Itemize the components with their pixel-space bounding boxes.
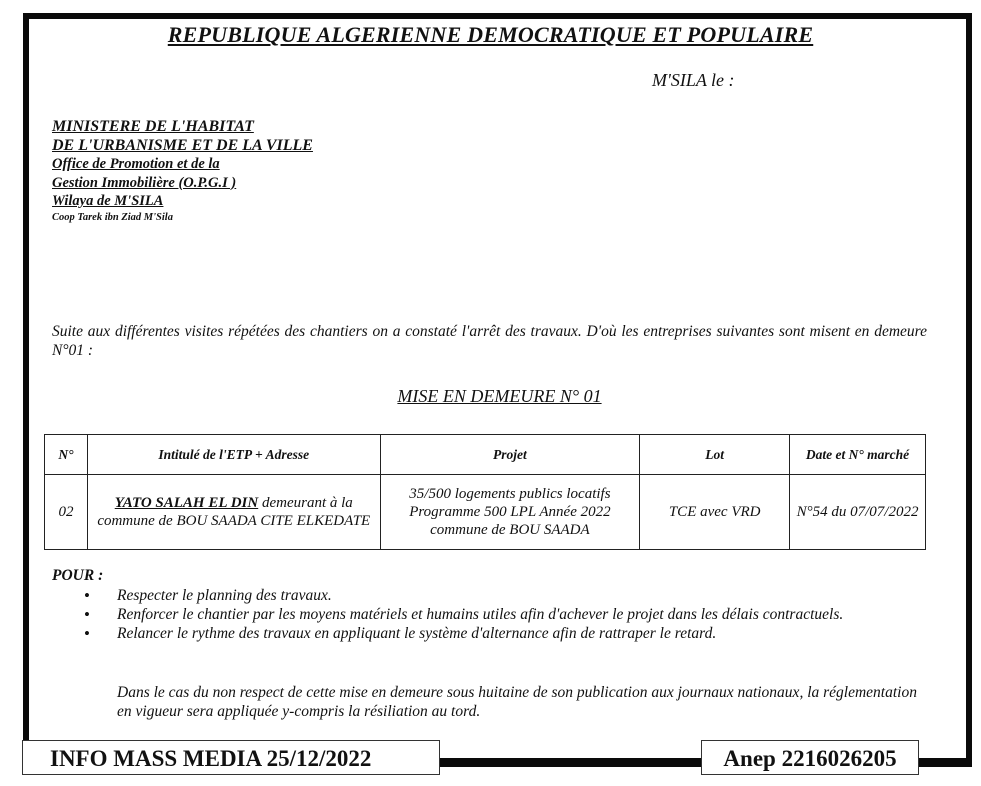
intro-paragraph: Suite aux différentes visites répétées d… (52, 322, 927, 360)
publication-label: INFO MASS MEDIA 25/12/2022 (22, 740, 440, 775)
header-company: Intitulé de l'ETP + Adresse (87, 435, 380, 475)
cell-project: 35/500 logements publics locatifs Progra… (380, 475, 640, 550)
issuer-line-office: Office de Promotion et de la (52, 155, 313, 174)
header-contract: Date et N° marché (790, 435, 926, 475)
table-header-row: N° Intitulé de l'ETP + Adresse Projet Lo… (45, 435, 926, 475)
issuer-line-urbanism: DE L'URBANISME ET DE LA VILLE (52, 137, 313, 156)
notice-table: N° Intitulé de l'ETP + Adresse Projet Lo… (44, 434, 926, 550)
notice-subtitle: MISE EN DEMEURE N° 01 (0, 386, 981, 407)
issuer-line-ministry: MINISTERE DE L'HABITAT (52, 118, 313, 137)
header-project: Projet (380, 435, 640, 475)
pour-label: POUR : (52, 567, 103, 585)
anep-reference: Anep 2216026205 (701, 740, 919, 775)
cell-contract: N°54 du 07/07/2022 (790, 475, 926, 550)
closing-paragraph: Dans le cas du non respect de cette mise… (117, 683, 929, 721)
issuer-line-opgi: Gestion Immobilière (O.P.G.I ) (52, 174, 313, 193)
issuer-address: Coop Tarek ibn Ziad M'Sila (52, 211, 313, 225)
list-item: Renforcer le chantier par les moyens mat… (117, 605, 963, 624)
list-item: Relancer le rythme des travaux en appliq… (117, 624, 963, 643)
cell-company: YATO SALAH EL DIN demeurant à la commune… (87, 475, 380, 550)
document-title: REPUBLIQUE ALGERIENNE DEMOCRATIQUE ET PO… (0, 22, 981, 48)
place-date: M'SILA le : (652, 70, 735, 91)
cell-number: 02 (45, 475, 88, 550)
header-lot: Lot (640, 435, 790, 475)
issuer-line-wilaya: Wilaya de M'SILA (52, 192, 313, 211)
requirements-list: Respecter le planning des travaux. Renfo… (84, 586, 963, 643)
header-number: N° (45, 435, 88, 475)
list-item: Respecter le planning des travaux. (117, 586, 963, 605)
cell-lot: TCE avec VRD (640, 475, 790, 550)
company-name: YATO SALAH EL DIN (115, 495, 259, 511)
issuer-block: MINISTERE DE L'HABITAT DE L'URBANISME ET… (52, 118, 313, 225)
table-row: 02 YATO SALAH EL DIN demeurant à la comm… (45, 475, 926, 550)
